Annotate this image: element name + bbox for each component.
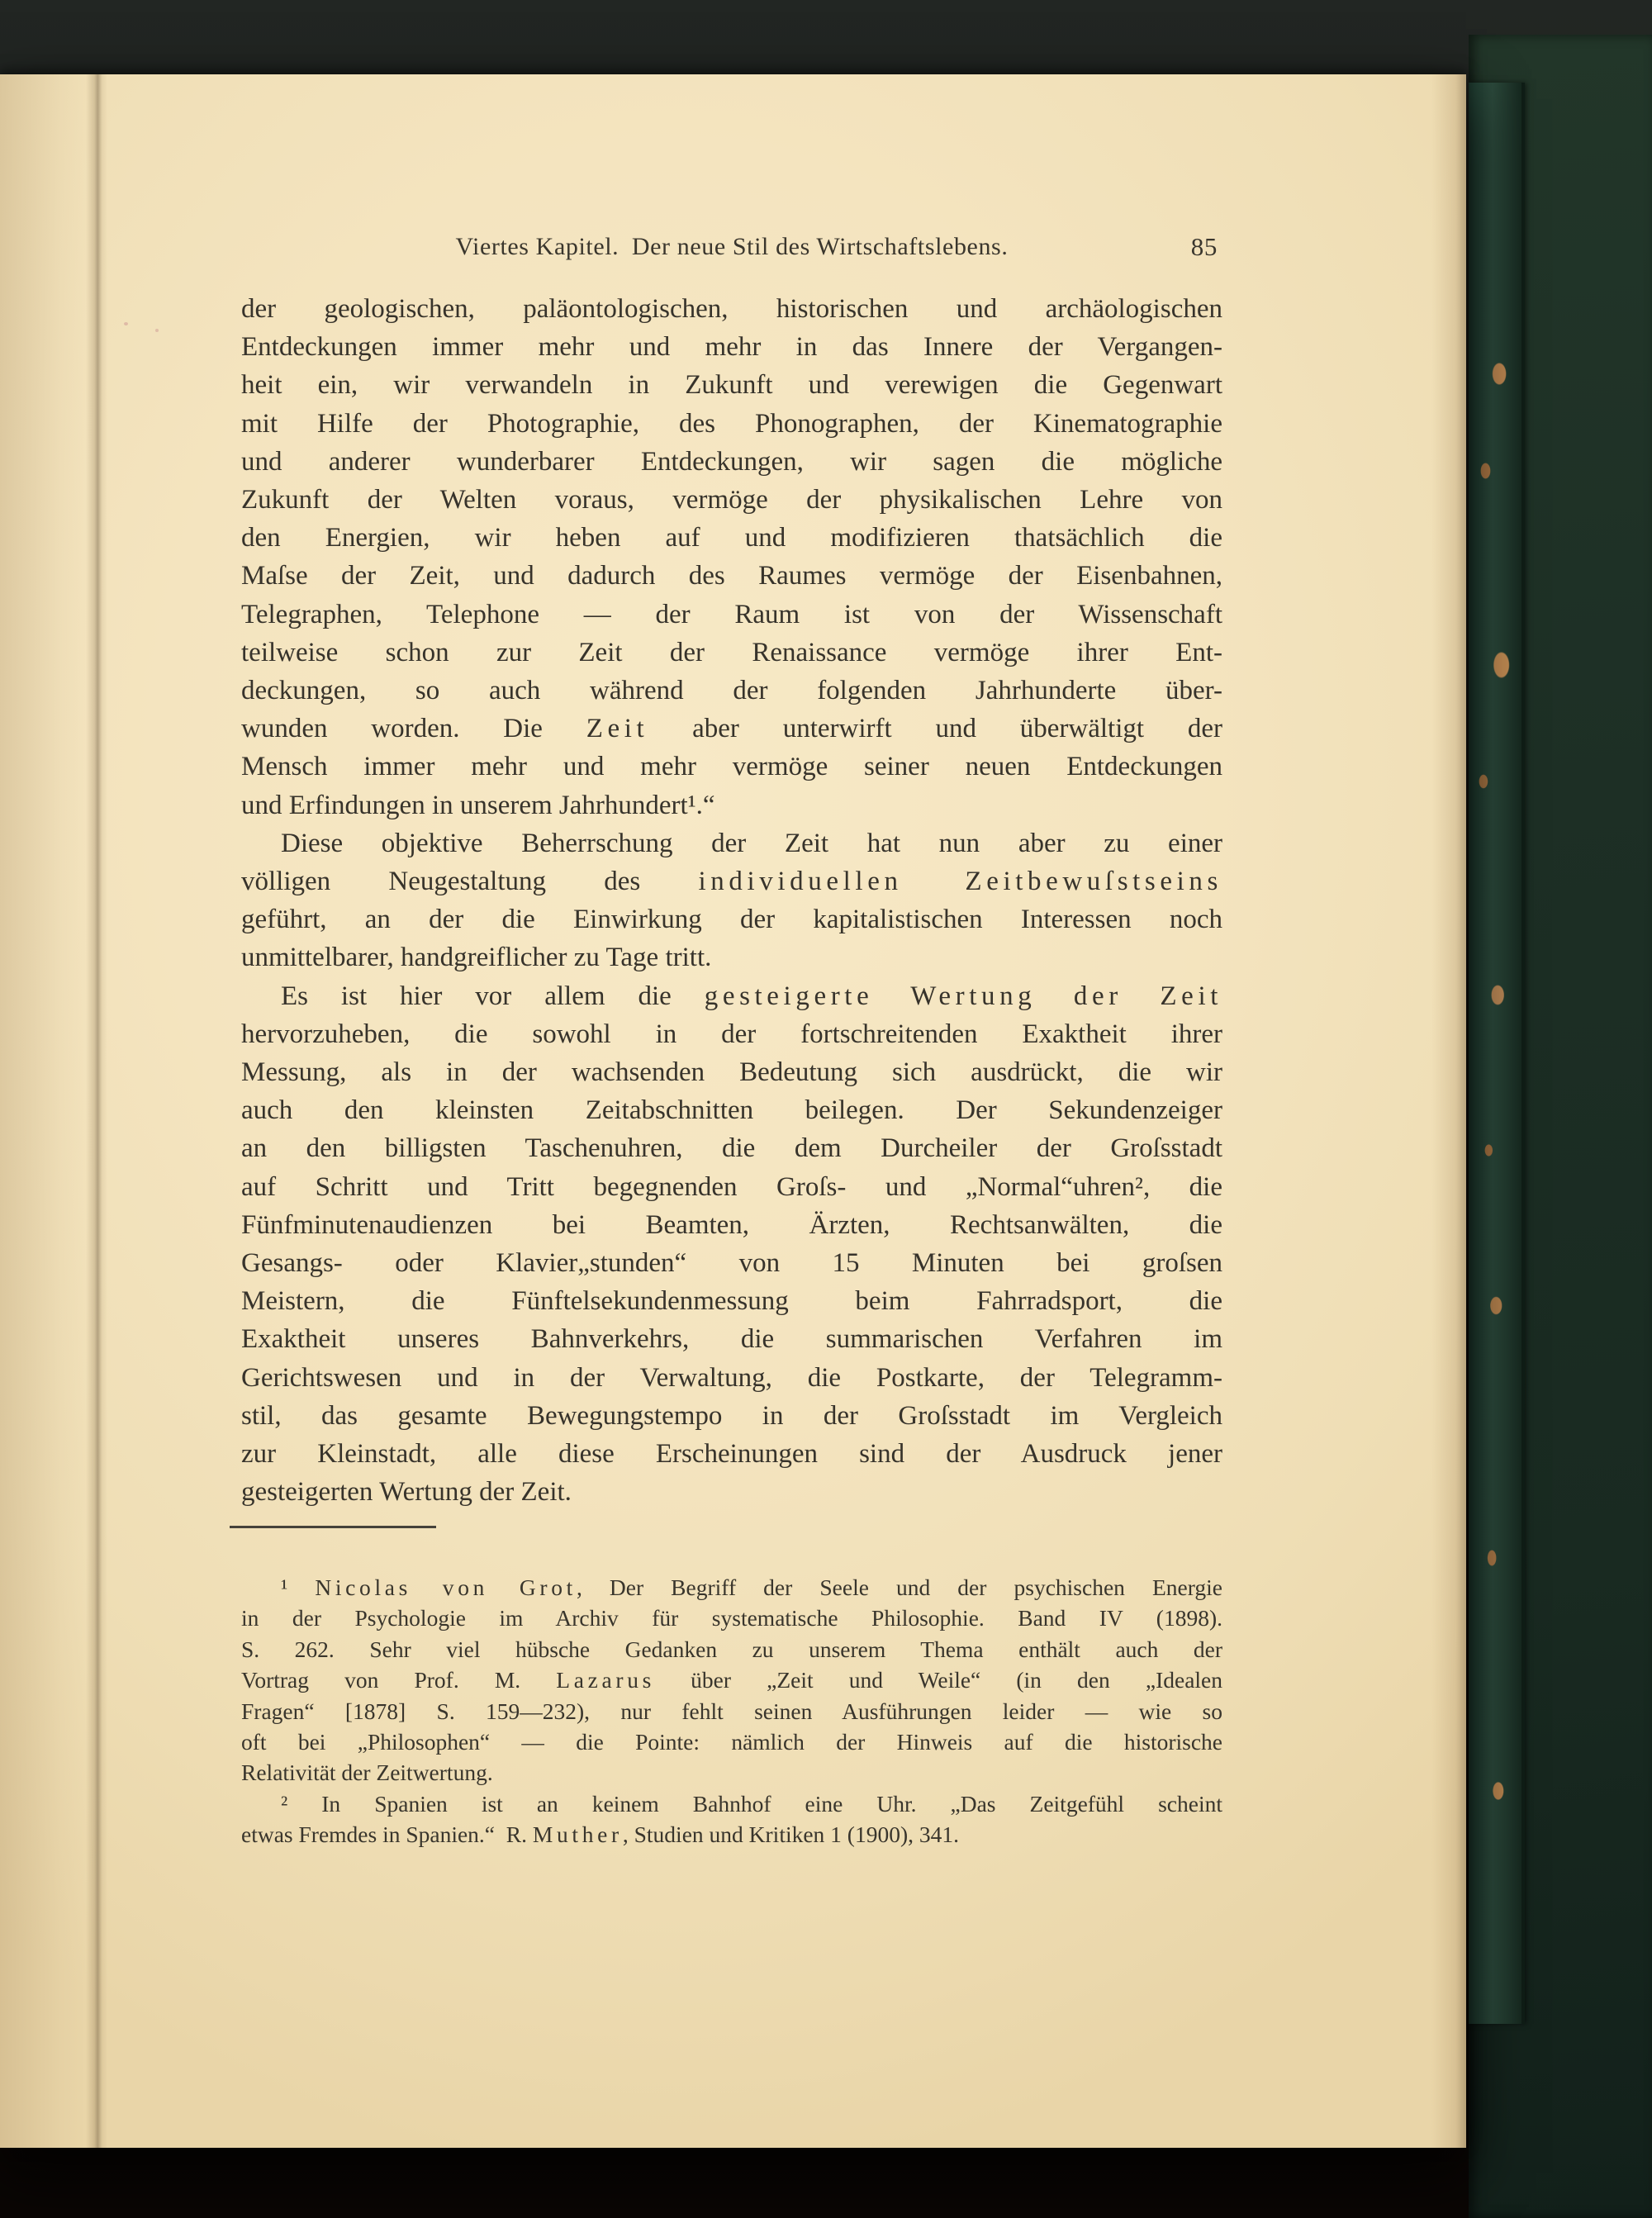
paper-speck [124, 322, 128, 325]
text-segment: ¹ [281, 1574, 315, 1600]
text-line: Mensch immer mehr und mehr vermöge seine… [241, 748, 1222, 786]
footnotes: ¹ Nicolas von Grot, Der Begriff der Seel… [241, 1572, 1222, 1850]
text-segment: völligen Neugestaltung des [241, 867, 699, 896]
letterspaced-text: Muther [533, 1821, 623, 1847]
text-line: völligen Neugestaltung des individuellen… [241, 862, 1222, 900]
body-text: der geologischen, paläontologischen, his… [241, 290, 1222, 1512]
text-line: Fünfminutenaudienzen bei Beamten, Ärzten… [241, 1206, 1222, 1244]
letterspaced-text: Zeit [586, 714, 649, 743]
text-line: geführt, an der die Einwirkung der kapit… [241, 900, 1222, 938]
letterspaced-text: Nicolas von Grot [315, 1574, 577, 1600]
text-line: Zukunft der Welten voraus, vermöge der p… [241, 481, 1222, 519]
text-line: Meistern, die Fünftelsekundenmessung bei… [241, 1282, 1222, 1320]
page-right-edge-shade [1431, 74, 1466, 2148]
page-header: Viertes Kapitel. Der neue Stil des Wirts… [241, 230, 1222, 264]
text-line: und anderer wunderbarer Entdeckungen, wi… [241, 443, 1222, 481]
text-segment: aber unterwirft und überwältigt der [648, 714, 1222, 743]
letterspaced-text: individuellen Zeitbewuſstseins [699, 867, 1222, 896]
footnote-line: Relativität der Zeitwertung. [241, 1757, 1222, 1788]
text-line: Telegraphen, Telephone — der Raum ist vo… [241, 596, 1222, 634]
footnote-line: in der Psychologie im Archiv für systema… [241, 1603, 1222, 1633]
text-line: der geologischen, paläontologischen, his… [241, 290, 1222, 328]
text-segment: , Studien und Kritiken 1 (1900), 341. [623, 1821, 959, 1847]
footnote-line: ² In Spanien ist an keinem Bahnhof eine … [241, 1788, 1222, 1819]
footnote-line: ¹ Nicolas von Grot, Der Begriff der Seel… [241, 1572, 1222, 1603]
scan-background: Viertes Kapitel. Der neue Stil des Wirts… [0, 0, 1652, 2218]
text-segment: etwas Fremdes in Spanien.“ R. [241, 1821, 533, 1847]
text-line: stil, das gesamte Bewegungstempo in der … [241, 1397, 1222, 1435]
text-line: mit Hilfe der Photographie, des Phonogra… [241, 405, 1222, 443]
text-line: Maſse der Zeit, und dadurch des Raumes v… [241, 557, 1222, 595]
text-line: unmittelbarer, handgreiflicher zu Tage t… [241, 938, 1222, 976]
marbled-cover-strip [1469, 83, 1525, 2024]
facing-page-edge [0, 74, 86, 2148]
text-line: Exaktheit unseres Bahnverkehrs, die summ… [241, 1320, 1222, 1358]
text-line: Es ist hier vor allem die gesteigerte We… [241, 977, 1222, 1015]
chapter-heading: Viertes Kapitel. Der neue Stil des Wirts… [456, 233, 1009, 260]
footnote-line: Vortrag von Prof. M. Lazarus über „Zeit … [241, 1665, 1222, 1695]
text-line: Gerichtswesen und in der Verwaltung, die… [241, 1359, 1222, 1397]
text-line: hervorzuheben, die sowohl in der fortsch… [241, 1015, 1222, 1053]
text-segment: wunden worden. Die [241, 714, 586, 743]
text-line: deckungen, so auch während der folgenden… [241, 672, 1222, 710]
footnote-line: Fragen“ [1878] S. 159—232), nur fehlt se… [241, 1696, 1222, 1726]
text-line: an den billigsten Taschenuhren, die dem … [241, 1129, 1222, 1167]
text-line: Diese objektive Beherrschung der Zeit ha… [241, 824, 1222, 862]
letterspaced-text: gesteigerte Wertung der Zeit [705, 981, 1222, 1011]
text-line: teilweise schon zur Zeit der Renaissance… [241, 634, 1222, 672]
text-line: und Erfindungen in unserem Jahrhundert¹.… [241, 786, 1222, 824]
footnote-line: etwas Fremdes in Spanien.“ R. Muther, St… [241, 1819, 1222, 1850]
text-line: auf Schritt und Tritt begegnenden Groſs-… [241, 1168, 1222, 1206]
text-segment: , Der Begriff der Seele und der psychisc… [577, 1574, 1222, 1600]
text-line: den Energien, wir heben auf und modifizi… [241, 519, 1222, 557]
text-segment: über „Zeit und Weile“ (in den „Idealen [655, 1667, 1222, 1693]
text-line: zur Kleinstadt, alle diese Erscheinungen… [241, 1435, 1222, 1473]
book-page: Viertes Kapitel. Der neue Stil des Wirts… [0, 74, 1466, 2148]
page-number: 85 [1191, 230, 1218, 264]
text-line: Entdeckungen immer mehr und mehr in das … [241, 328, 1222, 366]
letterspaced-text: Lazarus [556, 1667, 655, 1693]
text-line: auch den kleinsten Zeitabschnitten beile… [241, 1091, 1222, 1129]
text-segment: Es ist hier vor allem die [281, 981, 705, 1011]
gutter-crease [86, 74, 107, 2148]
footnote-line: oft bei „Philosophen“ — die Pointe: näml… [241, 1726, 1222, 1757]
text-segment: Vortrag von Prof. M. [241, 1667, 556, 1693]
text-line: gesteigerten Wertung der Zeit. [241, 1473, 1222, 1511]
footnote-line: S. 262. Sehr viel hübsche Gedanken zu un… [241, 1634, 1222, 1665]
footnote-rule [230, 1526, 436, 1528]
text-line: wunden worden. Die Zeit aber unterwirft … [241, 710, 1222, 748]
text-line: Gesangs- oder Klavier„stunden“ von 15 Mi… [241, 1244, 1222, 1282]
paper-speck [155, 329, 159, 332]
text-line: Messung, als in der wachsenden Bedeutung… [241, 1053, 1222, 1091]
text-line: heit ein, wir verwandeln in Zukunft und … [241, 366, 1222, 404]
